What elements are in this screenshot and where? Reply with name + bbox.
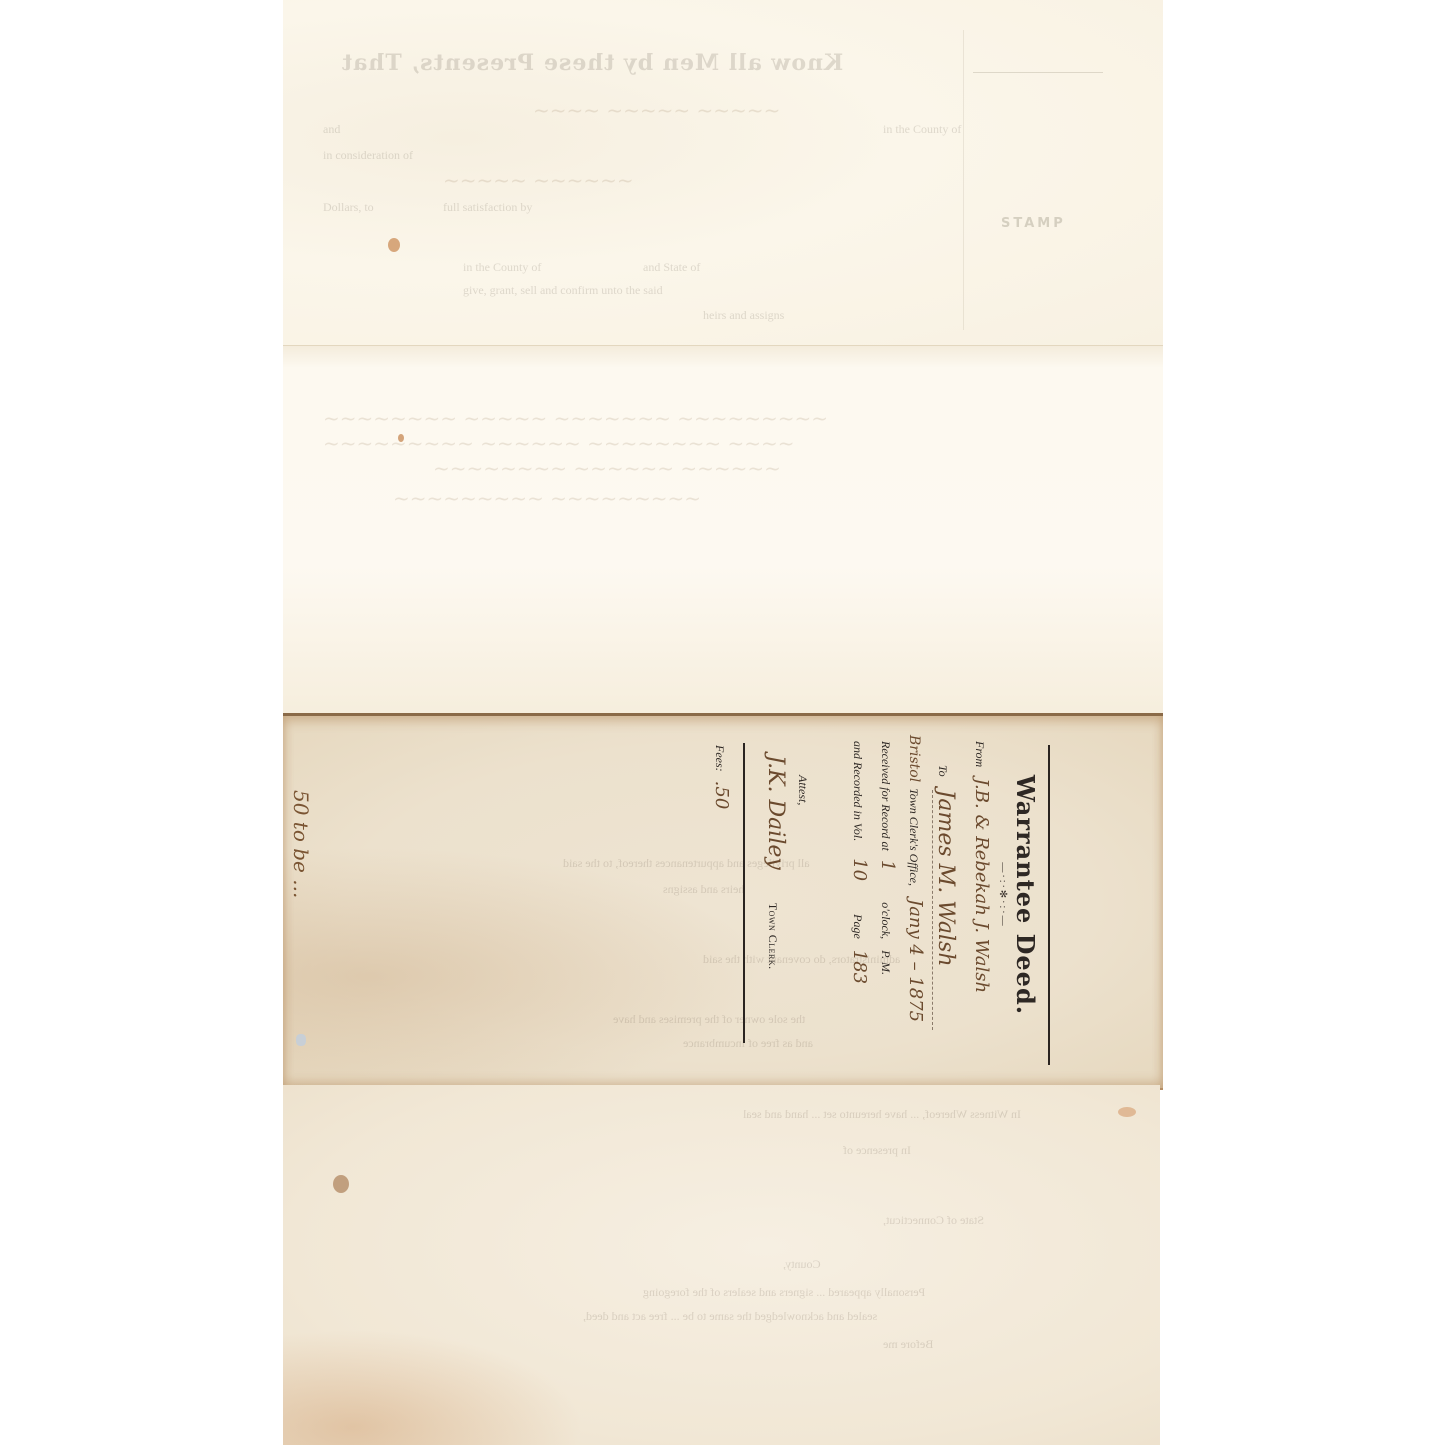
ornament-divider-icon: —·:·✻·:·— bbox=[997, 835, 1008, 955]
bleed-line: in consideration of bbox=[323, 148, 413, 163]
stain-spot bbox=[1118, 1107, 1136, 1117]
office-date: Jany 4 – 1875 bbox=[905, 899, 926, 1022]
bleed-line: State of Connecticut, bbox=[883, 1213, 984, 1228]
to-row: To James M. Walsh bbox=[932, 765, 958, 1030]
bottom-fold-panel: In Witness Whereof, ... have hereunto se… bbox=[283, 1085, 1160, 1445]
bleed-line: give, grant, sell and confirm unto the s… bbox=[463, 283, 663, 298]
faint-handwriting: ~~~~~~~~~ ~~~~~~ ~~~~~~~~ ~~~~ bbox=[323, 431, 795, 455]
from-label: From bbox=[973, 741, 987, 767]
bleed-line: in the County of bbox=[463, 260, 541, 275]
from-row: From J.B. & Rebekah J. Walsh bbox=[971, 741, 992, 993]
bleed-title: Know all Men by these Presents, That bbox=[341, 50, 843, 76]
docket-top-rule bbox=[1048, 745, 1050, 1065]
faint-handwriting: ~~~~ ~~~~~ ~~~~~ bbox=[533, 98, 780, 122]
stamp-label: STAMP bbox=[1001, 216, 1066, 231]
faint-handwriting: ~~~~~~~~~ ~~~~~~~~~ bbox=[393, 486, 701, 510]
bleed-line: and bbox=[323, 122, 340, 137]
top-fold-panel: Know all Men by these Presents, That in … bbox=[283, 0, 1163, 345]
faint-handwriting: ~~~~~~~~ ~~~~~ ~~~~~~~ ~~~~~~~~~ bbox=[323, 406, 828, 430]
office-town: Bristol bbox=[906, 735, 922, 782]
received-hour: 1 bbox=[877, 860, 898, 871]
bleed-line: In Witness Whereof, ... have hereunto se… bbox=[743, 1107, 1021, 1122]
stamp-box-border bbox=[963, 30, 964, 330]
deed-paper: Know all Men by these Presents, That in … bbox=[283, 0, 1163, 1445]
stain-spot bbox=[398, 434, 404, 442]
bleed-line: in the County of bbox=[883, 122, 961, 137]
office-label: Town Clerk's Office, bbox=[907, 788, 921, 886]
recorded-row: and Recorded in Vol. 10 Page 183 bbox=[849, 741, 870, 984]
bleed-line: full satisfaction by bbox=[443, 200, 532, 215]
stamp-box-rule bbox=[973, 72, 1103, 73]
paper-hole bbox=[296, 1034, 306, 1046]
volume-value: 10 bbox=[849, 858, 870, 881]
fees-value: .50 bbox=[711, 781, 732, 810]
margin-handwriting: 50 to be ... bbox=[283, 790, 313, 1000]
bleed-line: Before me bbox=[883, 1337, 933, 1352]
bleed-line: County, bbox=[783, 1257, 821, 1272]
from-value: J.B. & Rebekah J. Walsh bbox=[971, 778, 992, 993]
attest-label: Attest, bbox=[795, 775, 810, 805]
stain-spot bbox=[333, 1175, 349, 1193]
docket-title: Warrantee Deed. bbox=[1011, 750, 1040, 1040]
office-row: Bristol Town Clerk's Office, Jany 4 – 18… bbox=[905, 735, 926, 1022]
to-value: James M. Walsh bbox=[932, 790, 958, 1030]
bleed-line: Personally appeared ... signers and seal… bbox=[643, 1285, 925, 1300]
bleed-line: heirs and assigns bbox=[703, 308, 784, 323]
page-label: Page bbox=[851, 914, 865, 939]
oclock-label: o'clock, bbox=[879, 902, 893, 939]
fees-label: Fees: bbox=[713, 745, 727, 772]
docket-block: Warrantee Deed. —·:·✻·:·— From J.B. & Re… bbox=[690, 735, 1050, 1085]
bleed-line: sealed and acknowledged the same to be .… bbox=[583, 1309, 877, 1324]
stain-spot bbox=[388, 238, 400, 252]
docket-rotated: Warrantee Deed. —·:·✻·:·— From J.B. & Re… bbox=[690, 735, 1050, 1075]
second-fold-panel: ~~~~~~~~ ~~~~~ ~~~~~~~ ~~~~~~~~~ ~~~~~~~… bbox=[283, 345, 1163, 714]
clerk-signature: J.K. Dailey bbox=[763, 755, 788, 870]
clerk-row: J.K. Dailey Town Clerk. bbox=[763, 755, 788, 970]
fees-row: Fees: .50 bbox=[711, 745, 732, 809]
bleed-line: and State of bbox=[643, 260, 700, 275]
received-label: Received for Record at bbox=[879, 741, 893, 851]
faint-handwriting: ~~~~~~~~ ~~~~~~ ~~~~~~ bbox=[433, 456, 781, 480]
bleed-line: Dollars, to bbox=[323, 200, 374, 215]
received-row: Received for Record at 1 o'clock, P. M. bbox=[877, 741, 898, 975]
clerk-title: Town Clerk. bbox=[766, 903, 780, 970]
to-label: To bbox=[936, 765, 950, 777]
signature-rule bbox=[743, 743, 745, 1043]
bleed-line: In presence of bbox=[843, 1143, 911, 1158]
faint-handwriting: ~~~~~ ~~~~~~ bbox=[443, 168, 634, 192]
meridiem: P. M. bbox=[879, 950, 893, 975]
page-value: 183 bbox=[849, 950, 870, 984]
recorded-label: and Recorded in Vol. bbox=[851, 741, 865, 841]
